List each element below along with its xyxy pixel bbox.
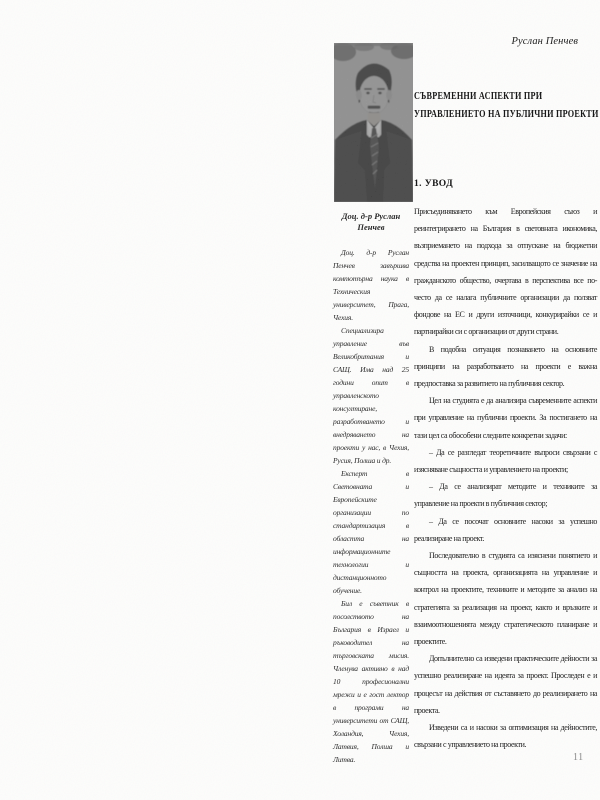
bio-heading-line2: Пенчев: [357, 222, 384, 232]
page-header-author-name: Руслан Пенчев: [511, 36, 578, 47]
author-bio-sidebar: Доц. д-р Руслан Пенчев Доц. д-р Руслан П…: [333, 211, 409, 766]
paragraph: Експерт в Световната и Европейските орга…: [333, 467, 409, 597]
article-title: СЪВРЕМЕННИ АСПЕКТИ ПРИ УПРАВЛЕНИЕТО НА П…: [414, 88, 600, 124]
scanned-paper-page: Руслан Пенчев: [0, 0, 600, 800]
portrait-illustration: [334, 43, 413, 202]
page-number: 11: [573, 752, 584, 763]
paragraph: Доц. д-р Руслан Пенчев завършва компютър…: [333, 246, 409, 324]
paragraph: Присъединяването към Европейския съюз и …: [414, 203, 597, 341]
author-portrait-photo: [334, 43, 413, 202]
paragraph: Специализира управление във Великобритан…: [333, 324, 409, 467]
paragraph: В подобна ситуация познаването на основн…: [414, 341, 597, 393]
article-title-line1: СЪВРЕМЕННИ АСПЕКТИ ПРИ: [414, 88, 559, 106]
paragraph: Последователно в студията са изяснени по…: [414, 547, 597, 650]
article-body: Присъединяването към Европейския съюз и …: [414, 203, 597, 754]
paragraph: – Да се анализират методите и техниките …: [414, 478, 597, 512]
paragraph: Допълнително са изведени практическите д…: [414, 650, 597, 719]
paragraph: – Да се разгледат теоретичните въпроси с…: [414, 444, 597, 478]
bio-paragraphs: Доц. д-р Руслан Пенчев завършва компютър…: [333, 246, 409, 766]
bio-heading: Доц. д-р Руслан Пенчев: [333, 211, 409, 233]
paragraph: – Да се посочат основните насоки за успе…: [414, 513, 597, 547]
paragraph: Бил е съветник в посолството на България…: [333, 597, 409, 766]
paragraph: Цел на студията е да анализира съвременн…: [414, 392, 597, 444]
section-heading-uvod: 1. УВОД: [414, 179, 453, 189]
article-title-line2: УПРАВЛЕНИЕТО НА ПУБЛИЧНИ ПРОЕКТИ: [414, 106, 559, 124]
paragraph: Изведени са и насоки за оптимизация на д…: [414, 719, 597, 753]
bio-heading-line1: Доц. д-р Руслан: [342, 211, 401, 221]
